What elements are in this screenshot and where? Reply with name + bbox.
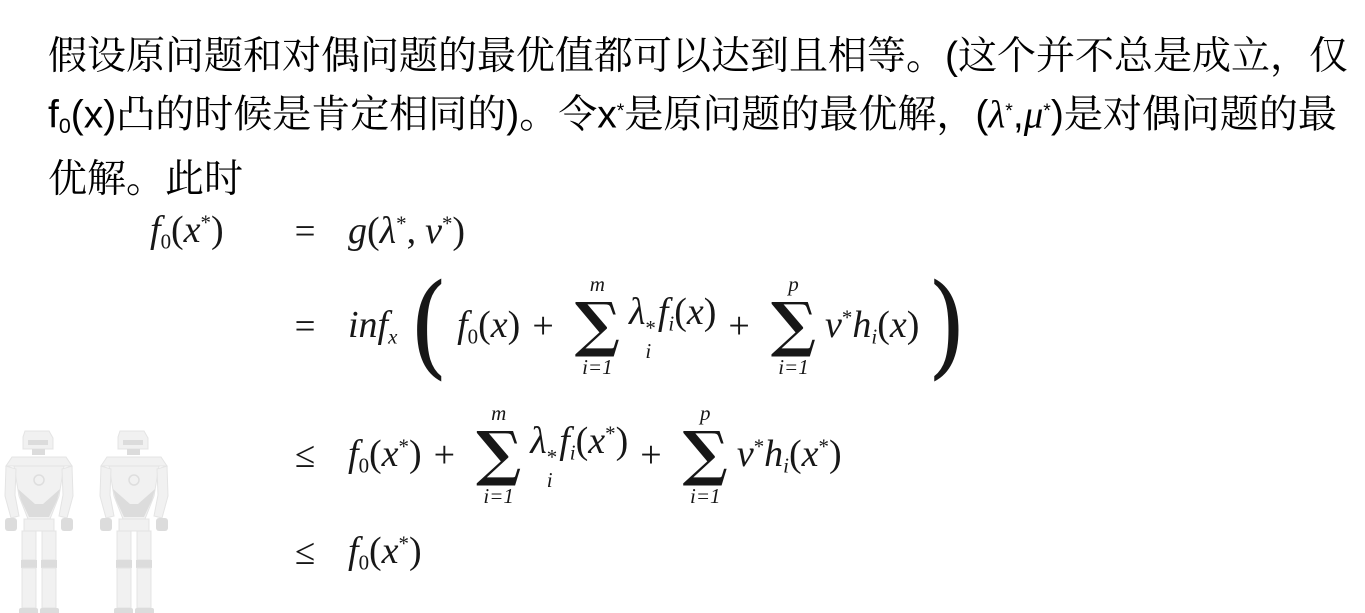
math-token: ) bbox=[452, 210, 465, 252]
math-token: *i bbox=[645, 318, 655, 362]
sum-lower-limit: i=1 bbox=[778, 357, 809, 378]
sum-lower-limit: i=1 bbox=[582, 357, 613, 378]
math-token: , bbox=[407, 210, 417, 252]
math-token: ) bbox=[409, 433, 422, 475]
f0-xstar-lhs: f0(x*) bbox=[150, 208, 262, 254]
text-token: )是对偶问题的最 bbox=[1051, 94, 1337, 137]
math-token: ( bbox=[789, 433, 802, 475]
math-token: ) bbox=[829, 433, 842, 475]
plus-sign: + bbox=[434, 433, 455, 477]
math-token: x bbox=[588, 420, 605, 462]
paragraph-line-3: 优解。此时 bbox=[48, 153, 1348, 207]
math-token: ( bbox=[478, 304, 491, 346]
math-token: * bbox=[842, 305, 852, 329]
big-right-paren: ) bbox=[928, 270, 967, 382]
math-token: f bbox=[457, 304, 468, 346]
text-token: 0 bbox=[59, 114, 71, 138]
text-token: 是原问题的最优解，( bbox=[624, 94, 988, 137]
math-token: x bbox=[491, 304, 508, 346]
math-token: ) bbox=[907, 304, 920, 346]
sum-over-p: p∑i=1 bbox=[683, 403, 728, 507]
plus-sign: + bbox=[728, 304, 749, 348]
g-term: g(λ*,ν*) bbox=[348, 209, 465, 253]
math-token: ) bbox=[409, 530, 422, 572]
f0-xstar-term: f0(x*) bbox=[348, 529, 422, 575]
text-token: f bbox=[48, 94, 59, 137]
paragraph-line-1: 假设原问题和对偶问题的最优值都可以达到且相等。(这个并不总是成立，仅 bbox=[48, 30, 1348, 84]
equals-sign: = bbox=[262, 210, 348, 253]
mu-symbol: μ bbox=[1024, 94, 1044, 137]
big-left-paren: ( bbox=[410, 270, 449, 382]
equals-sign: = bbox=[262, 305, 348, 348]
math-token: 0 bbox=[359, 550, 369, 574]
sum-over-m: m∑i=1 bbox=[575, 274, 620, 378]
math-token: ( bbox=[367, 210, 380, 252]
math-token: h bbox=[764, 433, 783, 475]
math-token: λ bbox=[530, 420, 546, 462]
humanoid-robots-watermark-image bbox=[0, 425, 178, 613]
math-token: 0 bbox=[468, 324, 478, 348]
f0-xstar-term: f0(x*) bbox=[348, 432, 422, 478]
text-token: , bbox=[1013, 94, 1024, 137]
math-token: * bbox=[399, 434, 409, 458]
sigma-symbol: ∑ bbox=[476, 427, 521, 482]
math-token: f bbox=[559, 420, 570, 462]
math-token: * bbox=[605, 422, 615, 446]
row3-rhs: f0(x*) + m∑i=1 λ*ifi(x*) + p∑i=1 ν*hi(x*… bbox=[348, 403, 842, 507]
math-token: x bbox=[382, 530, 399, 572]
inf-term: infx bbox=[348, 303, 397, 349]
math-token: ) bbox=[508, 304, 521, 346]
math-token: 0 bbox=[161, 229, 171, 253]
paragraph: 假设原问题和对偶问题的最优值都可以达到且相等。(这个并不总是成立，仅 f0(x)… bbox=[48, 30, 1348, 207]
math-token: ) bbox=[704, 291, 717, 333]
sum-lower-limit: i=1 bbox=[483, 486, 514, 507]
lambda-symbol: λ bbox=[988, 94, 1005, 137]
math-token: inf bbox=[348, 304, 388, 346]
nu-h-term: ν*hi(x) bbox=[825, 303, 919, 349]
plus-sign: + bbox=[532, 304, 553, 348]
math-token: * bbox=[819, 434, 829, 458]
equation-row-2: = infx ( f0(x) + m∑i=1 λ*ifi(x) + p∑i=1 … bbox=[150, 262, 969, 390]
row2-rhs: infx ( f0(x) + m∑i=1 λ*ifi(x) + p∑i=1 ν*… bbox=[348, 270, 969, 382]
math-token: ( bbox=[674, 291, 687, 333]
math-token: ν bbox=[737, 433, 754, 475]
lambda-f-term: λ*ifi(x) bbox=[629, 290, 716, 361]
math-token: ( bbox=[877, 304, 890, 346]
math-token: ( bbox=[171, 209, 184, 251]
math-token: ( bbox=[369, 433, 382, 475]
math-token: ν bbox=[825, 304, 842, 346]
math-token: f bbox=[348, 433, 359, 475]
text-token: * bbox=[1043, 100, 1051, 122]
sum-over-p: p∑i=1 bbox=[771, 274, 816, 378]
plus-sign: + bbox=[640, 433, 661, 477]
equation-row-4: ≤ f0(x*) bbox=[150, 520, 969, 584]
math-token: λ bbox=[629, 291, 645, 333]
math-token: * bbox=[399, 531, 409, 555]
math-token: f bbox=[348, 530, 359, 572]
row4-rhs: f0(x*) bbox=[348, 529, 422, 575]
math-token: * bbox=[442, 211, 452, 235]
math-token: ) bbox=[211, 209, 224, 251]
math-token: 0 bbox=[359, 453, 369, 477]
math-token: x bbox=[687, 291, 704, 333]
lambda-f-xstar-term: λ*ifi(x*) bbox=[530, 419, 628, 490]
leq-sign: ≤ bbox=[262, 434, 348, 477]
math-token: x bbox=[802, 433, 819, 475]
sum-over-m: m∑i=1 bbox=[476, 403, 521, 507]
math-token: *i bbox=[547, 447, 557, 491]
math-token: ( bbox=[369, 530, 382, 572]
row1-rhs: g(λ*,ν*) bbox=[348, 209, 465, 253]
text-token: * bbox=[1005, 100, 1013, 122]
math-token: ) bbox=[616, 420, 629, 462]
watermark-container bbox=[0, 425, 178, 613]
sigma-symbol: ∑ bbox=[771, 298, 816, 353]
math-token: f bbox=[658, 291, 669, 333]
sum-lower-limit: i=1 bbox=[690, 486, 721, 507]
math-token: ν bbox=[425, 210, 442, 252]
math-token: ( bbox=[576, 420, 589, 462]
math-token: * bbox=[396, 211, 406, 235]
math-token: x bbox=[890, 304, 907, 346]
math-token: h bbox=[852, 304, 871, 346]
sigma-symbol: ∑ bbox=[575, 298, 620, 353]
math-token: x bbox=[388, 324, 397, 348]
math-token: * bbox=[201, 210, 211, 234]
math-token: * bbox=[754, 434, 764, 458]
math-token: g bbox=[348, 210, 367, 252]
math-token: x bbox=[382, 433, 399, 475]
nu-h-xstar-term: ν*hi(x*) bbox=[737, 432, 842, 478]
math-token: λ bbox=[380, 210, 396, 252]
paragraph-line-2: f0(x)凸的时候是肯定相同的)。令x*是原问题的最优解，(λ*,μ*)是对偶问… bbox=[48, 84, 1348, 153]
equation-row-3: ≤ f0(x*) + m∑i=1 λ*ifi(x*) + p∑i=1 ν*hi(… bbox=[150, 390, 969, 520]
equation-block: f0(x*) = g(λ*,ν*) = infx ( f0(x) + m∑i=1… bbox=[150, 200, 969, 584]
math-token: f bbox=[150, 209, 161, 251]
sigma-symbol: ∑ bbox=[683, 427, 728, 482]
page: 假设原问题和对偶问题的最优值都可以达到且相等。(这个并不总是成立，仅 f0(x)… bbox=[0, 0, 1365, 613]
math-token: x bbox=[184, 209, 201, 251]
leq-sign: ≤ bbox=[262, 531, 348, 574]
text-token: (x)凸的时候是肯定相同的)。令x bbox=[71, 94, 617, 137]
equation-row-1: f0(x*) = g(λ*,ν*) bbox=[150, 200, 969, 262]
f0-x-term: f0(x) bbox=[457, 303, 520, 349]
